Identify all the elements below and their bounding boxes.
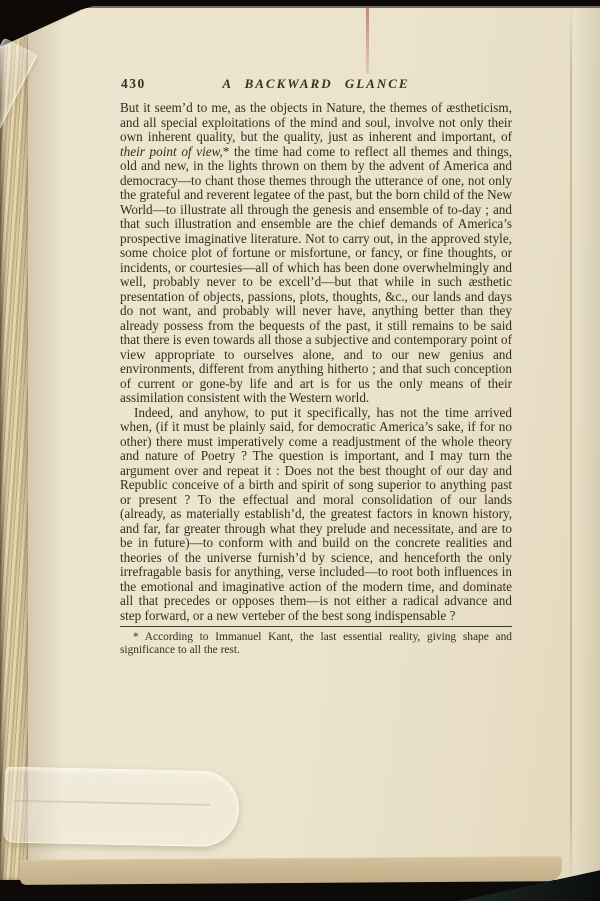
page-bottom-edge [20, 856, 562, 885]
page-right-margin-shading [573, 8, 600, 880]
book-page-edges [0, 6, 30, 880]
paragraph-1-text: But it seem’d to me, as the objects in N… [120, 100, 512, 144]
book-page: 430 A BACKWARD GLANCE But it seem’d to m… [28, 8, 600, 880]
footnote-text: * According to Immanuel Kant, the last e… [120, 631, 512, 658]
paragraph-2: Indeed, and anyhow, to put it specifical… [120, 406, 512, 624]
page-header: 430 A BACKWARD GLANCE [120, 76, 512, 92]
page-number: 430 [121, 76, 146, 92]
running-title: A BACKWARD GLANCE [120, 76, 512, 92]
footnote-rule [120, 626, 512, 627]
plastic-clip-bottom-left [3, 767, 240, 848]
paragraph-1: But it seem’d to me, as the objects in N… [120, 101, 512, 406]
italic-phrase: their point of view, [120, 144, 223, 159]
printed-content: 430 A BACKWARD GLANCE But it seem’d to m… [120, 76, 512, 658]
scan-backdrop: 430 A BACKWARD GLANCE But it seem’d to m… [0, 0, 600, 901]
page-right-crease [570, 8, 572, 880]
paragraph-1-continued: * the time had come to reflect all theme… [120, 144, 512, 406]
red-bookmark-thread [366, 6, 369, 74]
body-text: But it seem’d to me, as the objects in N… [120, 101, 512, 623]
